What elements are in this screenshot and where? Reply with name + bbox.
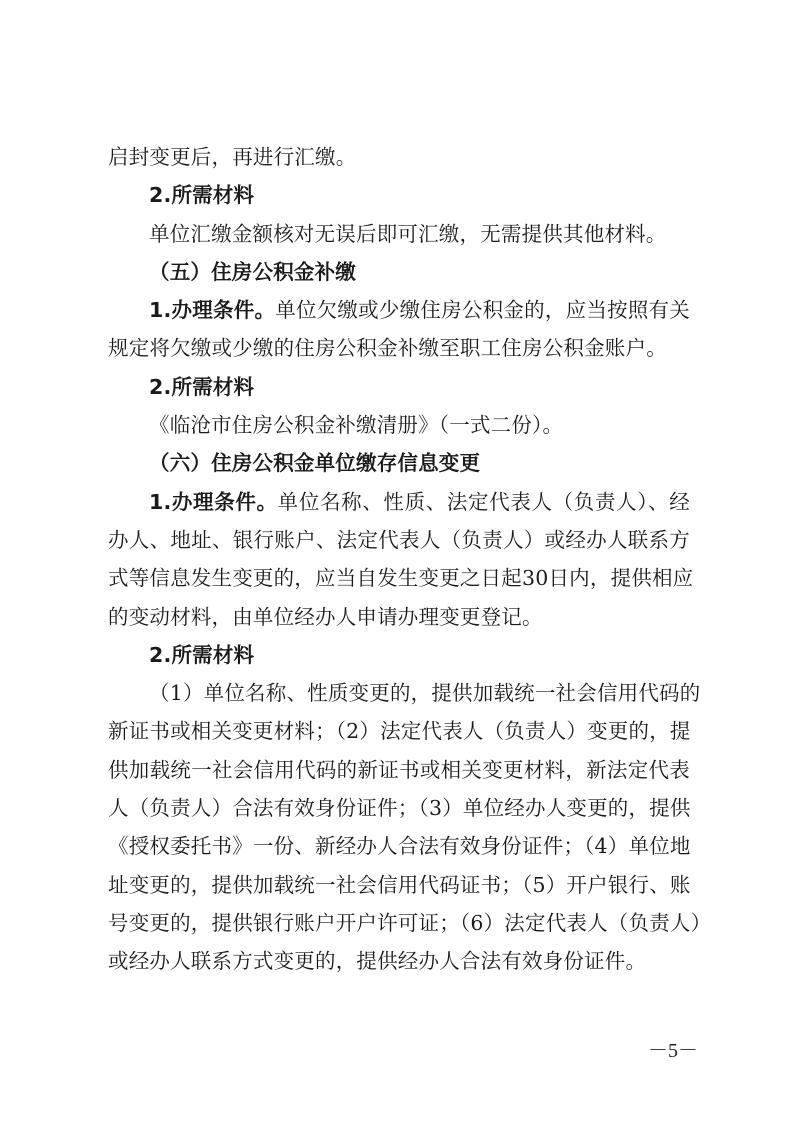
paragraph-line: 启封变更后，再进行汇缴。 — [108, 138, 690, 176]
subheading-required-materials: 2.所需材料 — [108, 176, 690, 214]
subheading-required-materials: 2.所需材料 — [108, 368, 690, 406]
section-heading-5: （五）住房公积金补缴 — [108, 253, 690, 291]
paragraph-line: 《授权委托书》一份、新经办人合法有效身份证件；（4）单位地 — [108, 827, 690, 865]
paragraph-line: 《临沧市住房公积金补缴清册》（一式二份）。 — [108, 406, 690, 444]
paragraph-line: 人（负责人）合法有效身份证件；（3）单位经办人变更的，提供 — [108, 789, 690, 827]
paragraph-line: 新证书或相关变更材料；（2）法定代表人（负责人）变更的，提 — [108, 712, 690, 750]
paragraph-line: 供加载统一社会信用代码的新证书或相关变更材料，新法定代表 — [108, 751, 690, 789]
paragraph-text: 单位欠缴或少缴住房公积金的，应当按照有关 — [275, 298, 690, 322]
paragraph-line: 办人、地址、银行账户、法定代表人（负责人）或经办人联系方 — [108, 521, 690, 559]
paragraph-line: 规定将欠缴或少缴的住房公积金补缴至职工住房公积金账户。 — [108, 329, 690, 367]
paragraph-line: 址变更的，提供加载统一社会信用代码证书；（5）开户银行、账 — [108, 866, 690, 904]
paragraph-line: 式等信息发生变更的，应当自发生变更之日起30日内，提供相应 — [108, 559, 690, 597]
paragraph-line: 单位汇缴金额核对无误后即可汇缴，无需提供其他材料。 — [108, 215, 690, 253]
paragraph-line: 的变动材料，由单位经办人申请办理变更登记。 — [108, 598, 690, 636]
subheading-required-materials: 2.所需材料 — [108, 636, 690, 674]
paragraph-line: 1.办理条件。单位名称、性质、法定代表人（负责人）、经 — [108, 483, 690, 521]
page-number: －5－ — [648, 1034, 698, 1063]
paragraph-line: 或经办人联系方式变更的，提供经办人合法有效身份证件。 — [108, 942, 690, 980]
lead-label: 1.办理条件。 — [149, 490, 278, 514]
document-body: 启封变更后，再进行汇缴。 2.所需材料 单位汇缴金额核对无误后即可汇缴，无需提供… — [108, 138, 690, 981]
paragraph-line: （1）单位名称、性质变更的，提供加载统一社会信用代码的 — [108, 674, 690, 712]
section-heading-6: （六）住房公积金单位缴存信息变更 — [108, 444, 690, 482]
paragraph-line: 1.办理条件。单位欠缴或少缴住房公积金的，应当按照有关 — [108, 291, 690, 329]
lead-label: 1.办理条件。 — [149, 298, 275, 322]
paragraph-text: 单位名称、性质、法定代表人（负责人）、经 — [278, 490, 690, 514]
paragraph-line: 号变更的，提供银行账户开户许可证；（6）法定代表人（负责人） — [108, 904, 690, 942]
